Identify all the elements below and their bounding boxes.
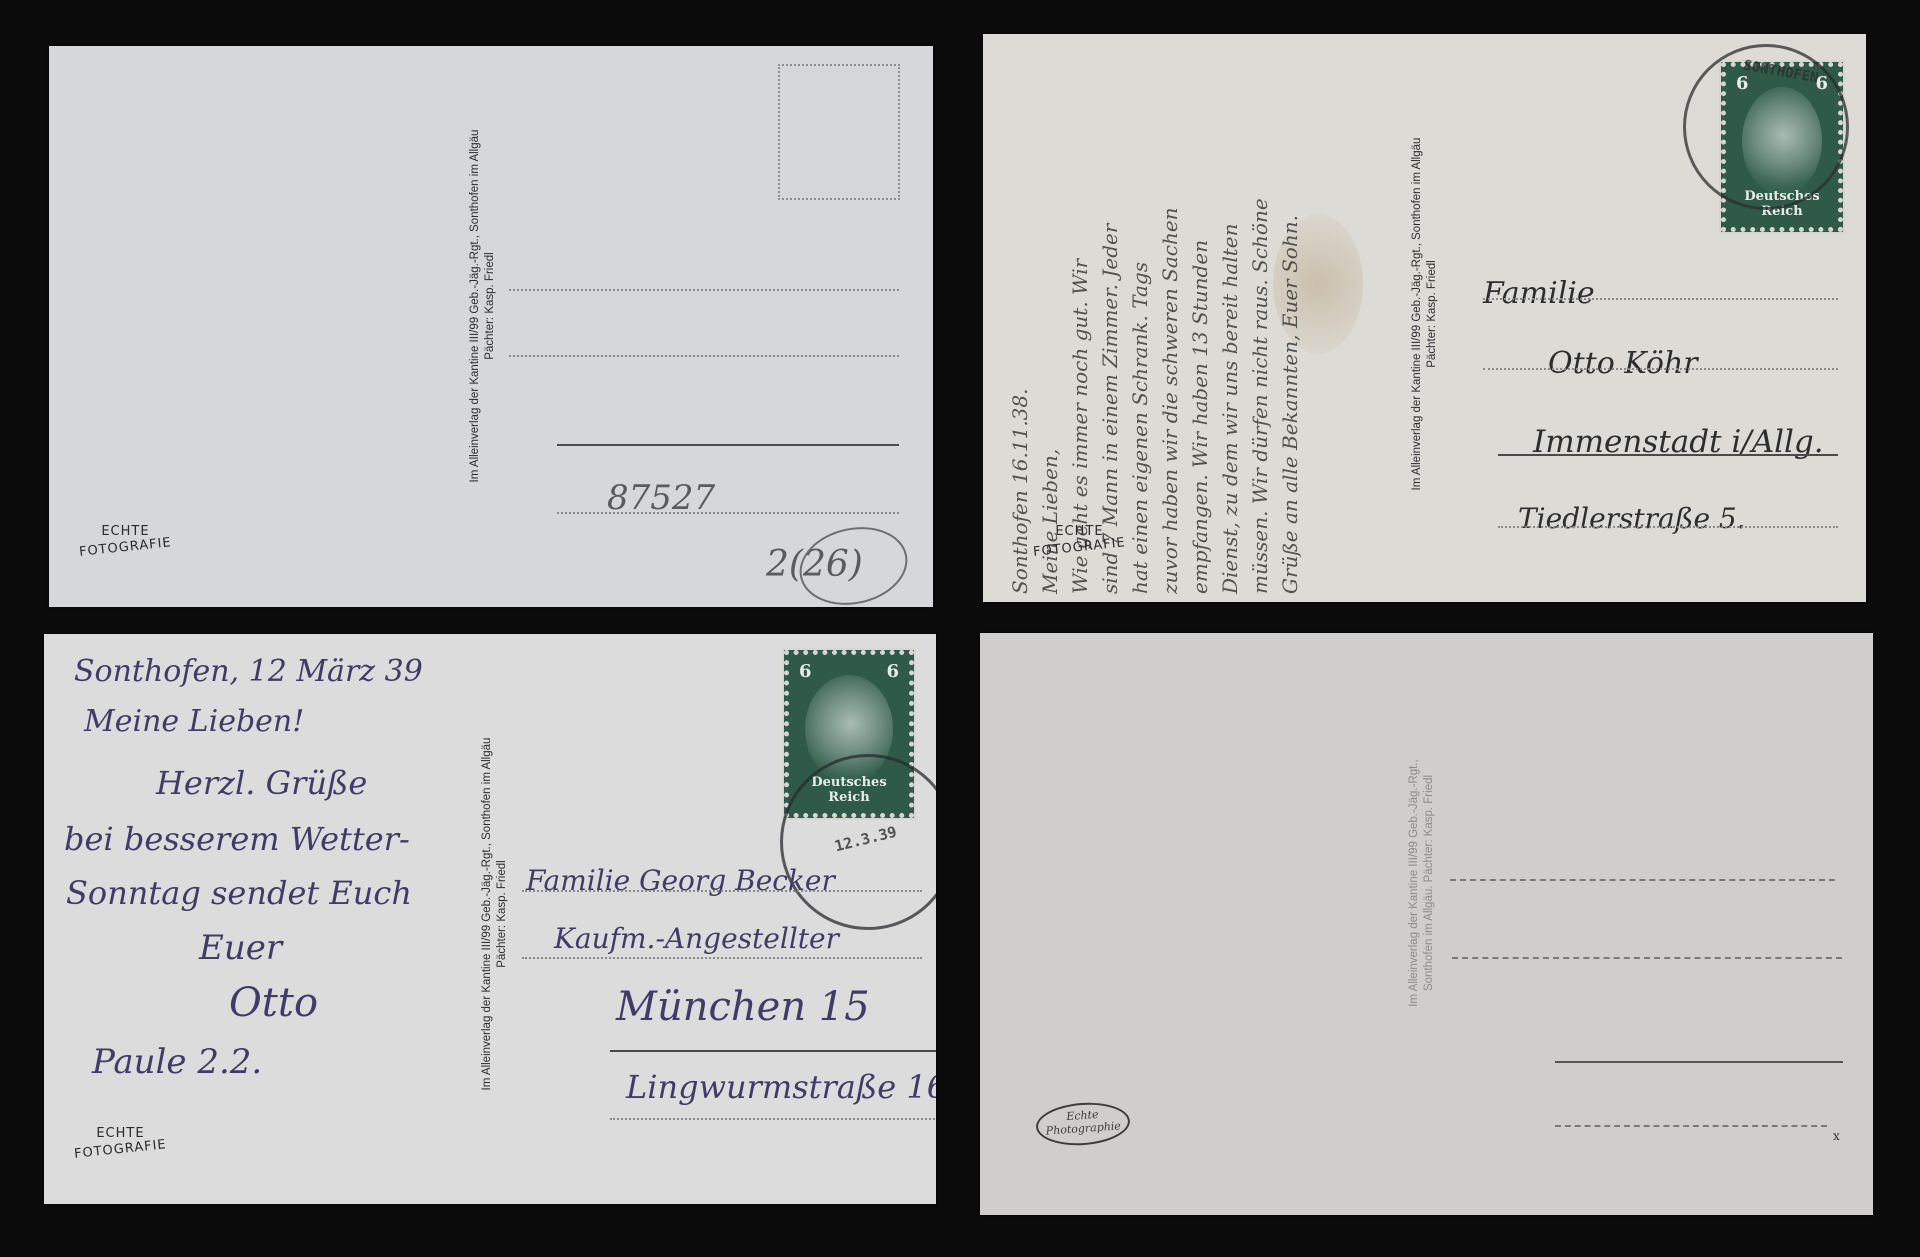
message-line: empfangen. Wir haben 13 Stunden xyxy=(1185,198,1215,594)
address-line-3 xyxy=(557,444,899,446)
publisher-line-2: Pächter: Kasp. Friedl xyxy=(495,664,510,1164)
address-line-3 xyxy=(1498,454,1838,456)
address-line-1 xyxy=(509,289,899,291)
stamp-value: 6 xyxy=(886,661,899,682)
message-line: zuvor haben wir die schweren Sachen xyxy=(1155,198,1185,594)
message-line: Grüße an alle Bekannten, Euer Sohn. xyxy=(1275,198,1305,594)
message-line: Dienst, zu dem wir uns bereit halten xyxy=(1215,198,1245,594)
publisher-line-2: Pächter: Kasp. Friedl xyxy=(1425,64,1440,564)
address-line: Otto Köhr xyxy=(1548,346,1698,381)
postcard-top-left: Im Alleinverlag der Kantine III/99 Geb.-… xyxy=(49,46,933,607)
pencil-circle xyxy=(792,517,914,607)
address-line-4 xyxy=(610,1118,936,1120)
publisher-line-1: Im Alleinverlag der Kantine III/99 Geb.-… xyxy=(1410,64,1425,564)
address-line-2 xyxy=(522,957,922,959)
address-line-3 xyxy=(610,1050,936,1052)
message-line: Euer xyxy=(199,928,282,968)
photo-mark: ECHTE FOTOGRAFIE xyxy=(74,1126,167,1158)
message-line: bei besserem Wetter- xyxy=(64,820,410,858)
photo-mark: ECHTE FOTOGRAFIE xyxy=(79,524,172,556)
address-line: Tiedlerstraße 5. xyxy=(1518,502,1746,535)
publisher-line-2: Pächter: Kasp. Friedl xyxy=(483,56,498,556)
address-line: München 15 xyxy=(616,984,870,1030)
publisher-imprint: Im Alleinverlag der Kantine III/99 Geb.-… xyxy=(468,56,498,556)
publisher-line-1: Im Alleinverlag der Kantine III/99 Geb.-… xyxy=(468,56,483,556)
message-line: Herzl. Grüße xyxy=(156,764,367,802)
address-line: Lingwurmstraße 16/III xyxy=(626,1068,936,1106)
address-line: Kaufm.-Angestellter xyxy=(554,922,839,955)
photo-mark: Echte Photographie xyxy=(1035,1100,1132,1148)
address-line-3 xyxy=(1555,1061,1843,1063)
address-line-1 xyxy=(1450,879,1835,881)
address-line-4 xyxy=(1555,1125,1827,1127)
stamp-placeholder-box xyxy=(778,64,900,200)
address-line-2 xyxy=(1483,368,1838,370)
message-line: Sonthofen 16.11.38. xyxy=(1005,198,1035,594)
address-line-2 xyxy=(1452,957,1842,959)
photo-mark: ECHTE FOTOGRAFIE xyxy=(1033,524,1126,556)
postcard-bottom-left: Sonthofen, 12 März 39 Meine Lieben! Herz… xyxy=(44,634,936,1204)
message-line: müssen. Wir dürfen nicht raus. Schöne xyxy=(1245,198,1275,594)
publisher-line-1: Im Alleinverlag der Kantine III/99 Geb.-… xyxy=(480,664,495,1164)
address-line: Familie Georg Becker xyxy=(526,864,835,897)
publisher-imprint: Im Alleinverlag der Kantine III/99 Geb.-… xyxy=(480,664,510,1164)
message-line: Sonthofen, 12 März 39 xyxy=(74,654,423,689)
publisher-imprint: Im Alleinverlag der Kantine III/99 Geb.-… xyxy=(1407,633,1437,1133)
message-line: hat einen eigenen Schrank. Tags xyxy=(1125,198,1155,594)
corner-mark: x xyxy=(1833,1129,1840,1143)
message-line: Meine Lieben! xyxy=(84,704,304,739)
postcard-top-right: Sonthofen 16.11.38. Meine Lieben, Wie ge… xyxy=(983,34,1866,602)
address-line-1 xyxy=(1483,298,1838,300)
publisher-line-2: Sonthofen im Allgäu. Pächter: Kasp. Frie… xyxy=(1422,633,1437,1133)
address-line-4 xyxy=(1498,526,1838,528)
publisher-line-1: Im Alleinverlag der Kantine III/99 Geb.-… xyxy=(1407,633,1422,1133)
address-line: Familie xyxy=(1483,276,1595,311)
message-line: Sonntag sendet Euch xyxy=(66,874,412,912)
message-line: Otto xyxy=(229,980,318,1026)
publisher-imprint: Im Alleinverlag der Kantine III/99 Geb.-… xyxy=(1410,64,1440,564)
message-line: Paule 2.2. xyxy=(92,1042,262,1082)
address-line-1 xyxy=(522,890,922,892)
pencil-number: 87527 xyxy=(607,478,715,518)
address-line-2 xyxy=(509,355,899,357)
stamp-value: 6 xyxy=(799,661,812,682)
postcard-bottom-right: Im Alleinverlag der Kantine III/99 Geb.-… xyxy=(980,633,1873,1215)
